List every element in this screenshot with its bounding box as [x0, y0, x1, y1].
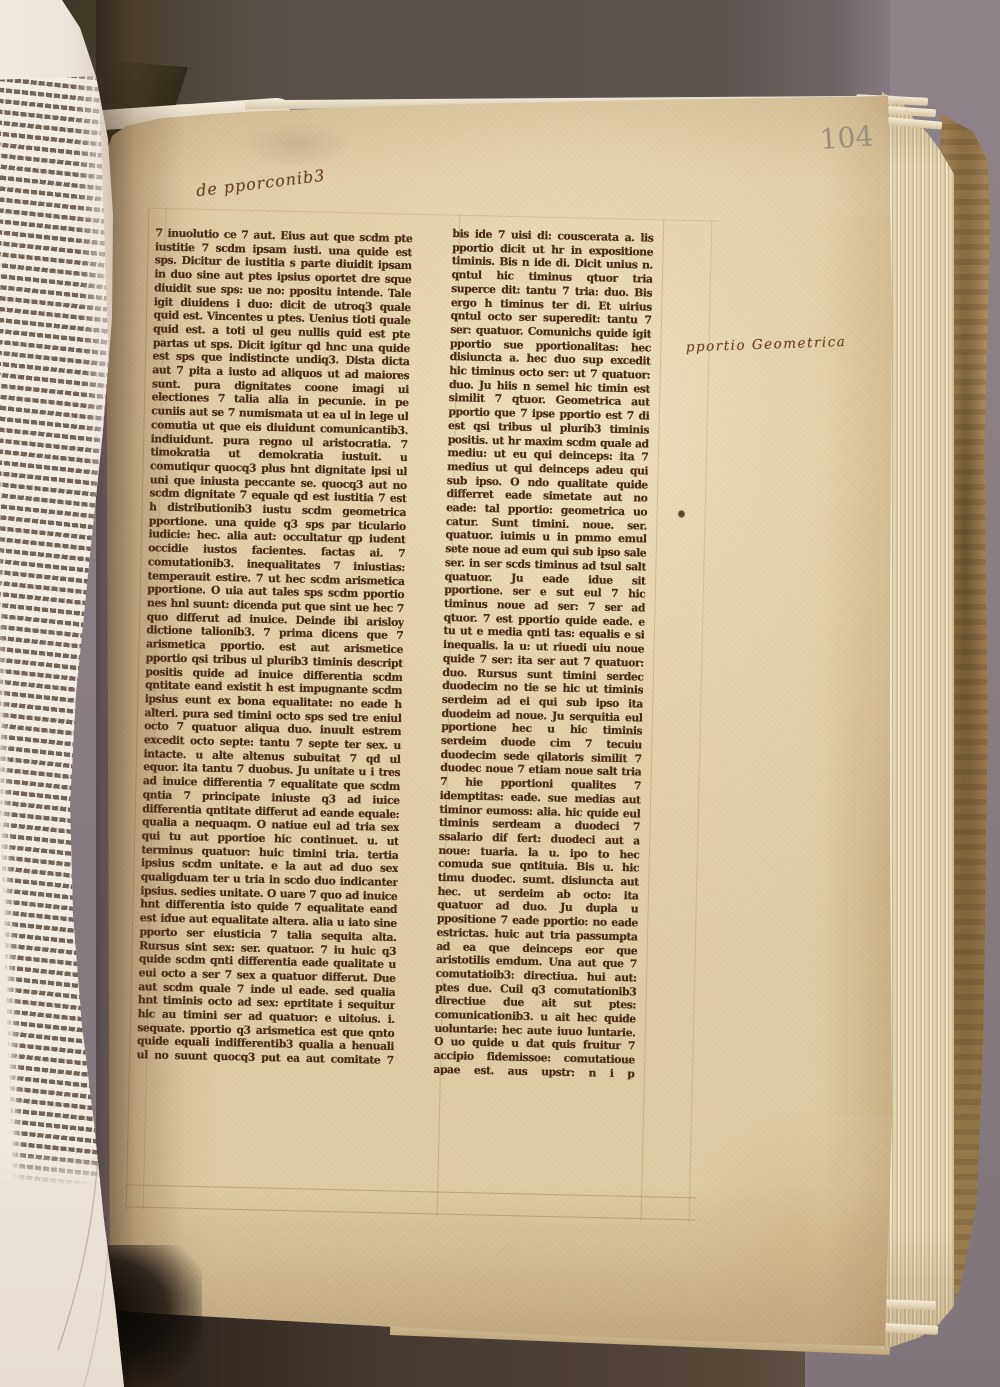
manuscript-photo: 7 inuolutio ce 7 aut. Eius aut que scdm … — [0, 0, 1000, 1387]
parchment-page: 7 inuolutio ce 7 aut. Eius aut que scdm … — [102, 96, 894, 1348]
fore-edge-page-stack — [882, 92, 954, 1350]
running-header: de pporconib3 — [195, 155, 417, 212]
annotation-layer: de pporconib3 104 pportio Geometrica — [102, 96, 894, 1348]
margin-note: pportio Geometrica — [686, 333, 887, 366]
ink-speck — [678, 510, 685, 518]
